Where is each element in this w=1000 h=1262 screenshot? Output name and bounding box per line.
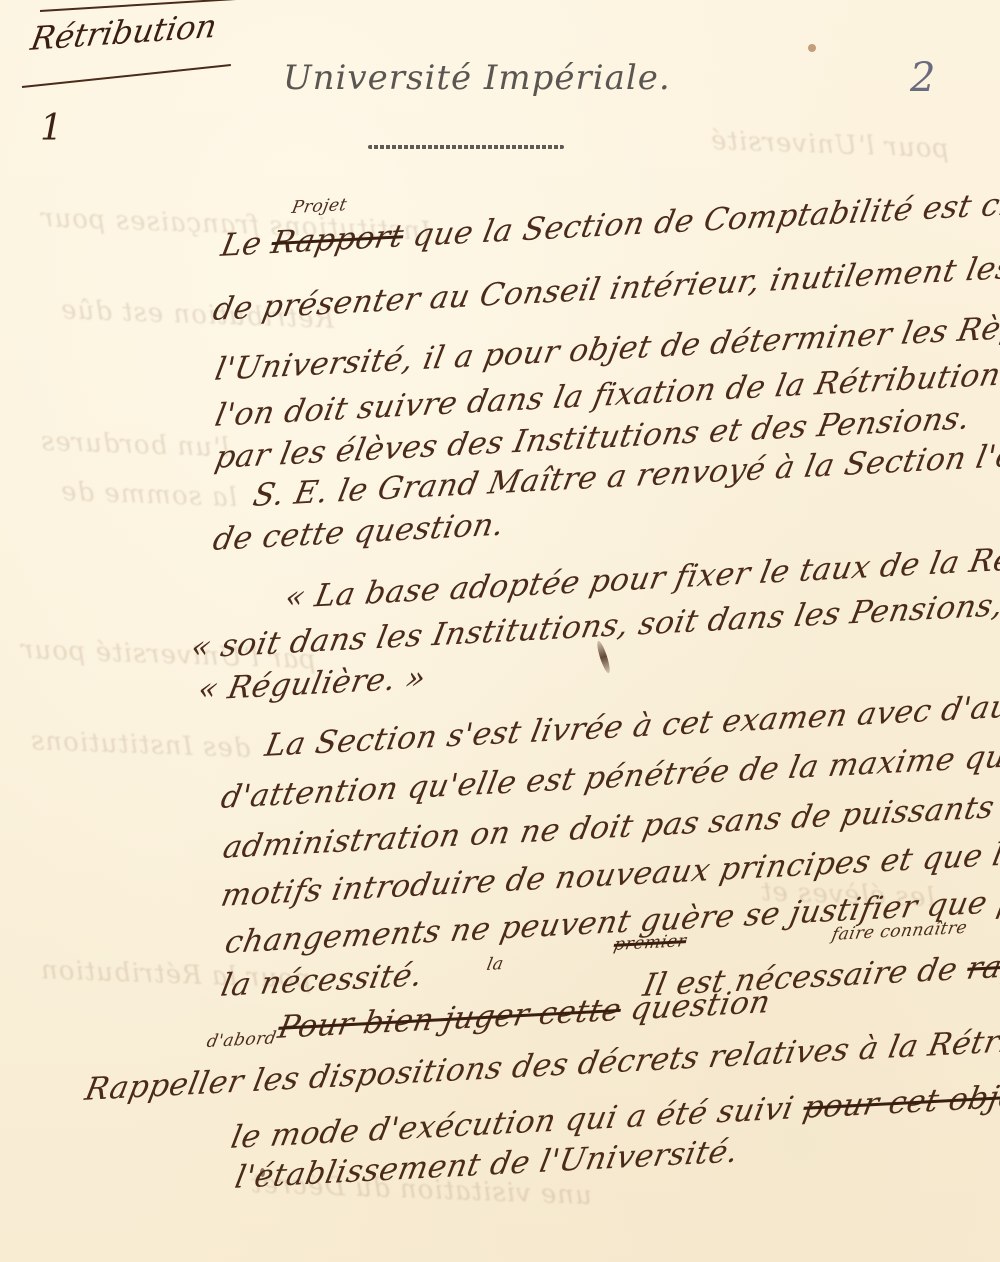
line-text: question	[628, 984, 774, 1028]
struck-text: Pour bien juger cette	[275, 992, 624, 1046]
margin-insertion: d'abord	[205, 1028, 278, 1052]
bleed-through-text: la somme de	[60, 477, 238, 513]
manuscript-line: de cette question.	[210, 506, 507, 558]
struck-text: pour cet objet	[800, 1078, 1000, 1126]
bleed-through-text: l'un bordures	[40, 427, 230, 464]
line-text: Le	[218, 225, 265, 264]
heading-rule	[40, 0, 260, 12]
struck-text: rappeler	[964, 943, 1000, 987]
insertion-above: la	[485, 954, 505, 975]
ink-blot	[595, 640, 612, 674]
letterhead-ornament	[368, 145, 564, 149]
manuscript-line: Le Rapport que la Section de Comptabilit…	[218, 181, 1000, 264]
folio-number: 1	[40, 108, 63, 149]
manuscript-page: Institutions françaises pour Rétribution…	[0, 0, 1000, 1262]
line-text: que la Section de Comptabilité est charg…	[410, 181, 1000, 254]
letterhead-title: Université Impériale.	[283, 58, 671, 98]
margin-heading: Rétribution	[28, 6, 220, 58]
bleed-through-text: pour l'Université	[710, 126, 950, 164]
heading-underline	[22, 64, 231, 88]
bleed-through-text: des Institutions	[30, 726, 251, 764]
ink-spot	[808, 44, 816, 52]
struck-text: Rapport	[268, 218, 407, 261]
page-number: 2	[910, 55, 935, 101]
struck-insertion: premier	[612, 931, 688, 955]
insertion-above: Projet	[290, 195, 349, 218]
